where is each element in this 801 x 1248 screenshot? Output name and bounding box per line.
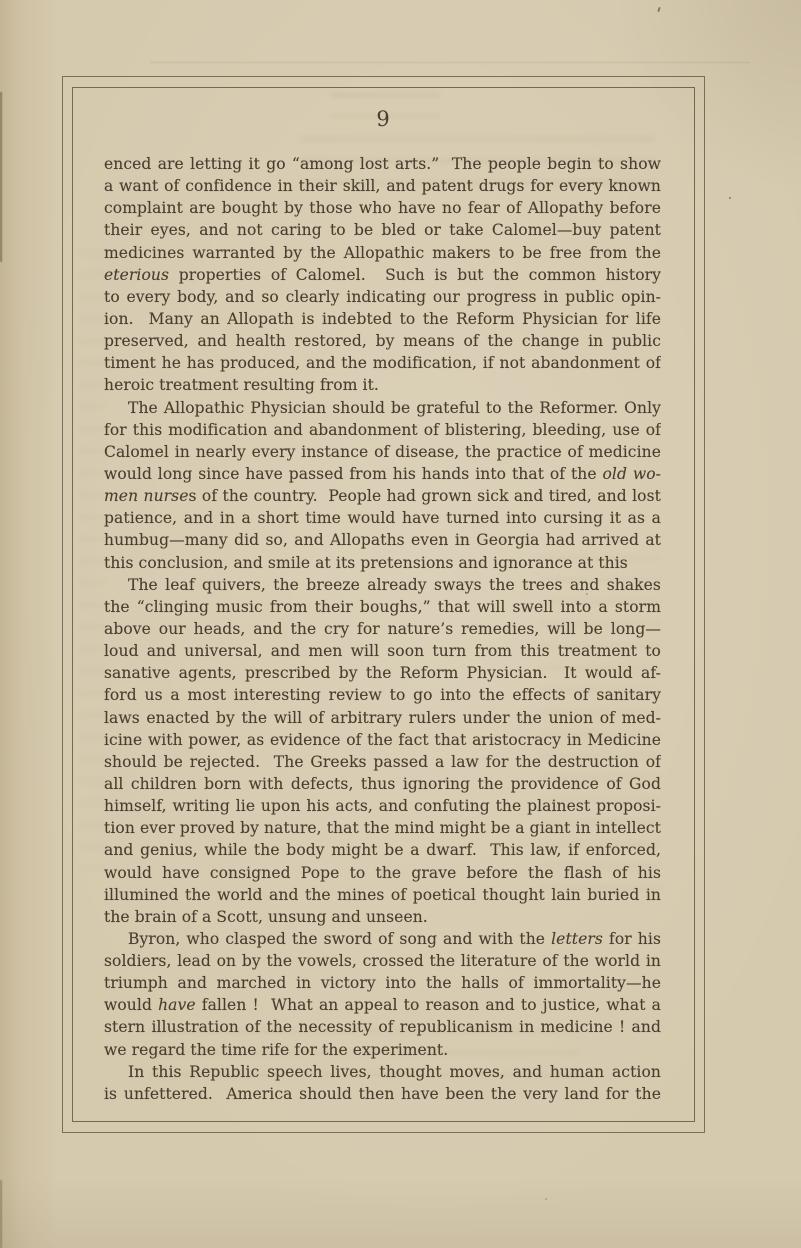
text-line: should be rejected. The Greeks passed a … (104, 751, 661, 773)
text-line: would have fallen ! What an appeal to re… (104, 994, 661, 1016)
text-line: complaint are bought by those who have n… (104, 197, 661, 219)
text-line: ion. Many an Allopath is indebted to the… (104, 308, 661, 330)
text-line: The Allopathic Physician should be grate… (104, 397, 661, 419)
text-line: Byron, who clasped the sword of song and… (104, 928, 661, 950)
page-number: 9 (62, 107, 705, 131)
text-line: icine with power, as evidence of the fac… (104, 729, 661, 751)
text-line: this conclusion, and smile at its preten… (104, 552, 661, 574)
text-line: above our heads, and the cry for nature’… (104, 618, 661, 640)
text-line: a want of confidence in their skill, and… (104, 175, 661, 197)
text-line: illumined the world and the mines of poe… (104, 884, 661, 906)
text-line: tion ever proved by nature, that the min… (104, 817, 661, 839)
scan-speck (657, 7, 660, 12)
text-line: men nurses of the country. People had gr… (104, 485, 661, 507)
text-line: loud and universal, and men will soon tu… (104, 640, 661, 662)
text-line: would have consigned Pope to the grave b… (104, 862, 661, 884)
text-line: enced are letting it go “among lost arts… (104, 153, 661, 175)
text-line: stern illustration of the necessity of r… (104, 1016, 661, 1038)
text-line: eterious properties of Calomel. Such is … (104, 264, 661, 286)
paper-crease (150, 62, 750, 63)
scan-speck (586, 593, 588, 595)
text-line: preserved, and health restored, by means… (104, 330, 661, 352)
text-line: himself, writing lie upon his acts, and … (104, 795, 661, 817)
text-line: is unfettered. America should then have … (104, 1083, 661, 1105)
scan-speck (729, 197, 731, 199)
text-line: triumph and marched in victory into the … (104, 972, 661, 994)
text-line: patience, and in a short time would have… (104, 507, 661, 529)
text-line: sanative agents, prescribed by the Refor… (104, 662, 661, 684)
text-line: In this Republic speech lives, thought m… (104, 1061, 661, 1083)
text-line: to every body, and so clearly indicating… (104, 286, 661, 308)
text-line: medicines warranted by the Allopathic ma… (104, 242, 661, 264)
text-line: timent he has produced, and the modifica… (104, 352, 661, 374)
text-line: and genius, while the body might be a dw… (104, 839, 661, 861)
text-line: we regard the time rife for the experime… (104, 1039, 661, 1061)
text-line: The leaf quivers, the breeze already swa… (104, 574, 661, 596)
text-line: ford us a most interesting review to go … (104, 684, 661, 706)
text-line: for this modification and abandonment of… (104, 419, 661, 441)
text-line: the brain of a Scott, unsung and unseen. (104, 906, 661, 928)
text-line: laws enacted by the will of arbitrary ru… (104, 707, 661, 729)
text-line: their eyes, and not caring to be bled or… (104, 219, 661, 241)
text-line: would long since have passed from his ha… (104, 463, 661, 485)
text-line: Calomel in nearly every instance of dise… (104, 441, 661, 463)
text-line: all children born with defects, thus ign… (104, 773, 661, 795)
bleedthrough-artifact (80, 250, 106, 870)
text-line: the “clinging music from their boughs,” … (104, 596, 661, 618)
text-line: humbug—many did so, and Allopaths even i… (104, 529, 661, 551)
scan-edge-shadow (0, 92, 2, 262)
text-line: heroic treatment resulting from it. (104, 374, 661, 396)
scan-speck (545, 1198, 547, 1200)
scan-bottom-shade (0, 1178, 801, 1248)
page-text: enced are letting it go “among lost arts… (104, 153, 661, 1105)
book-page-scan: 9 enced are letting it go “among lost ar… (0, 0, 801, 1248)
text-line: soldiers, lead on by the vowels, crossed… (104, 950, 661, 972)
